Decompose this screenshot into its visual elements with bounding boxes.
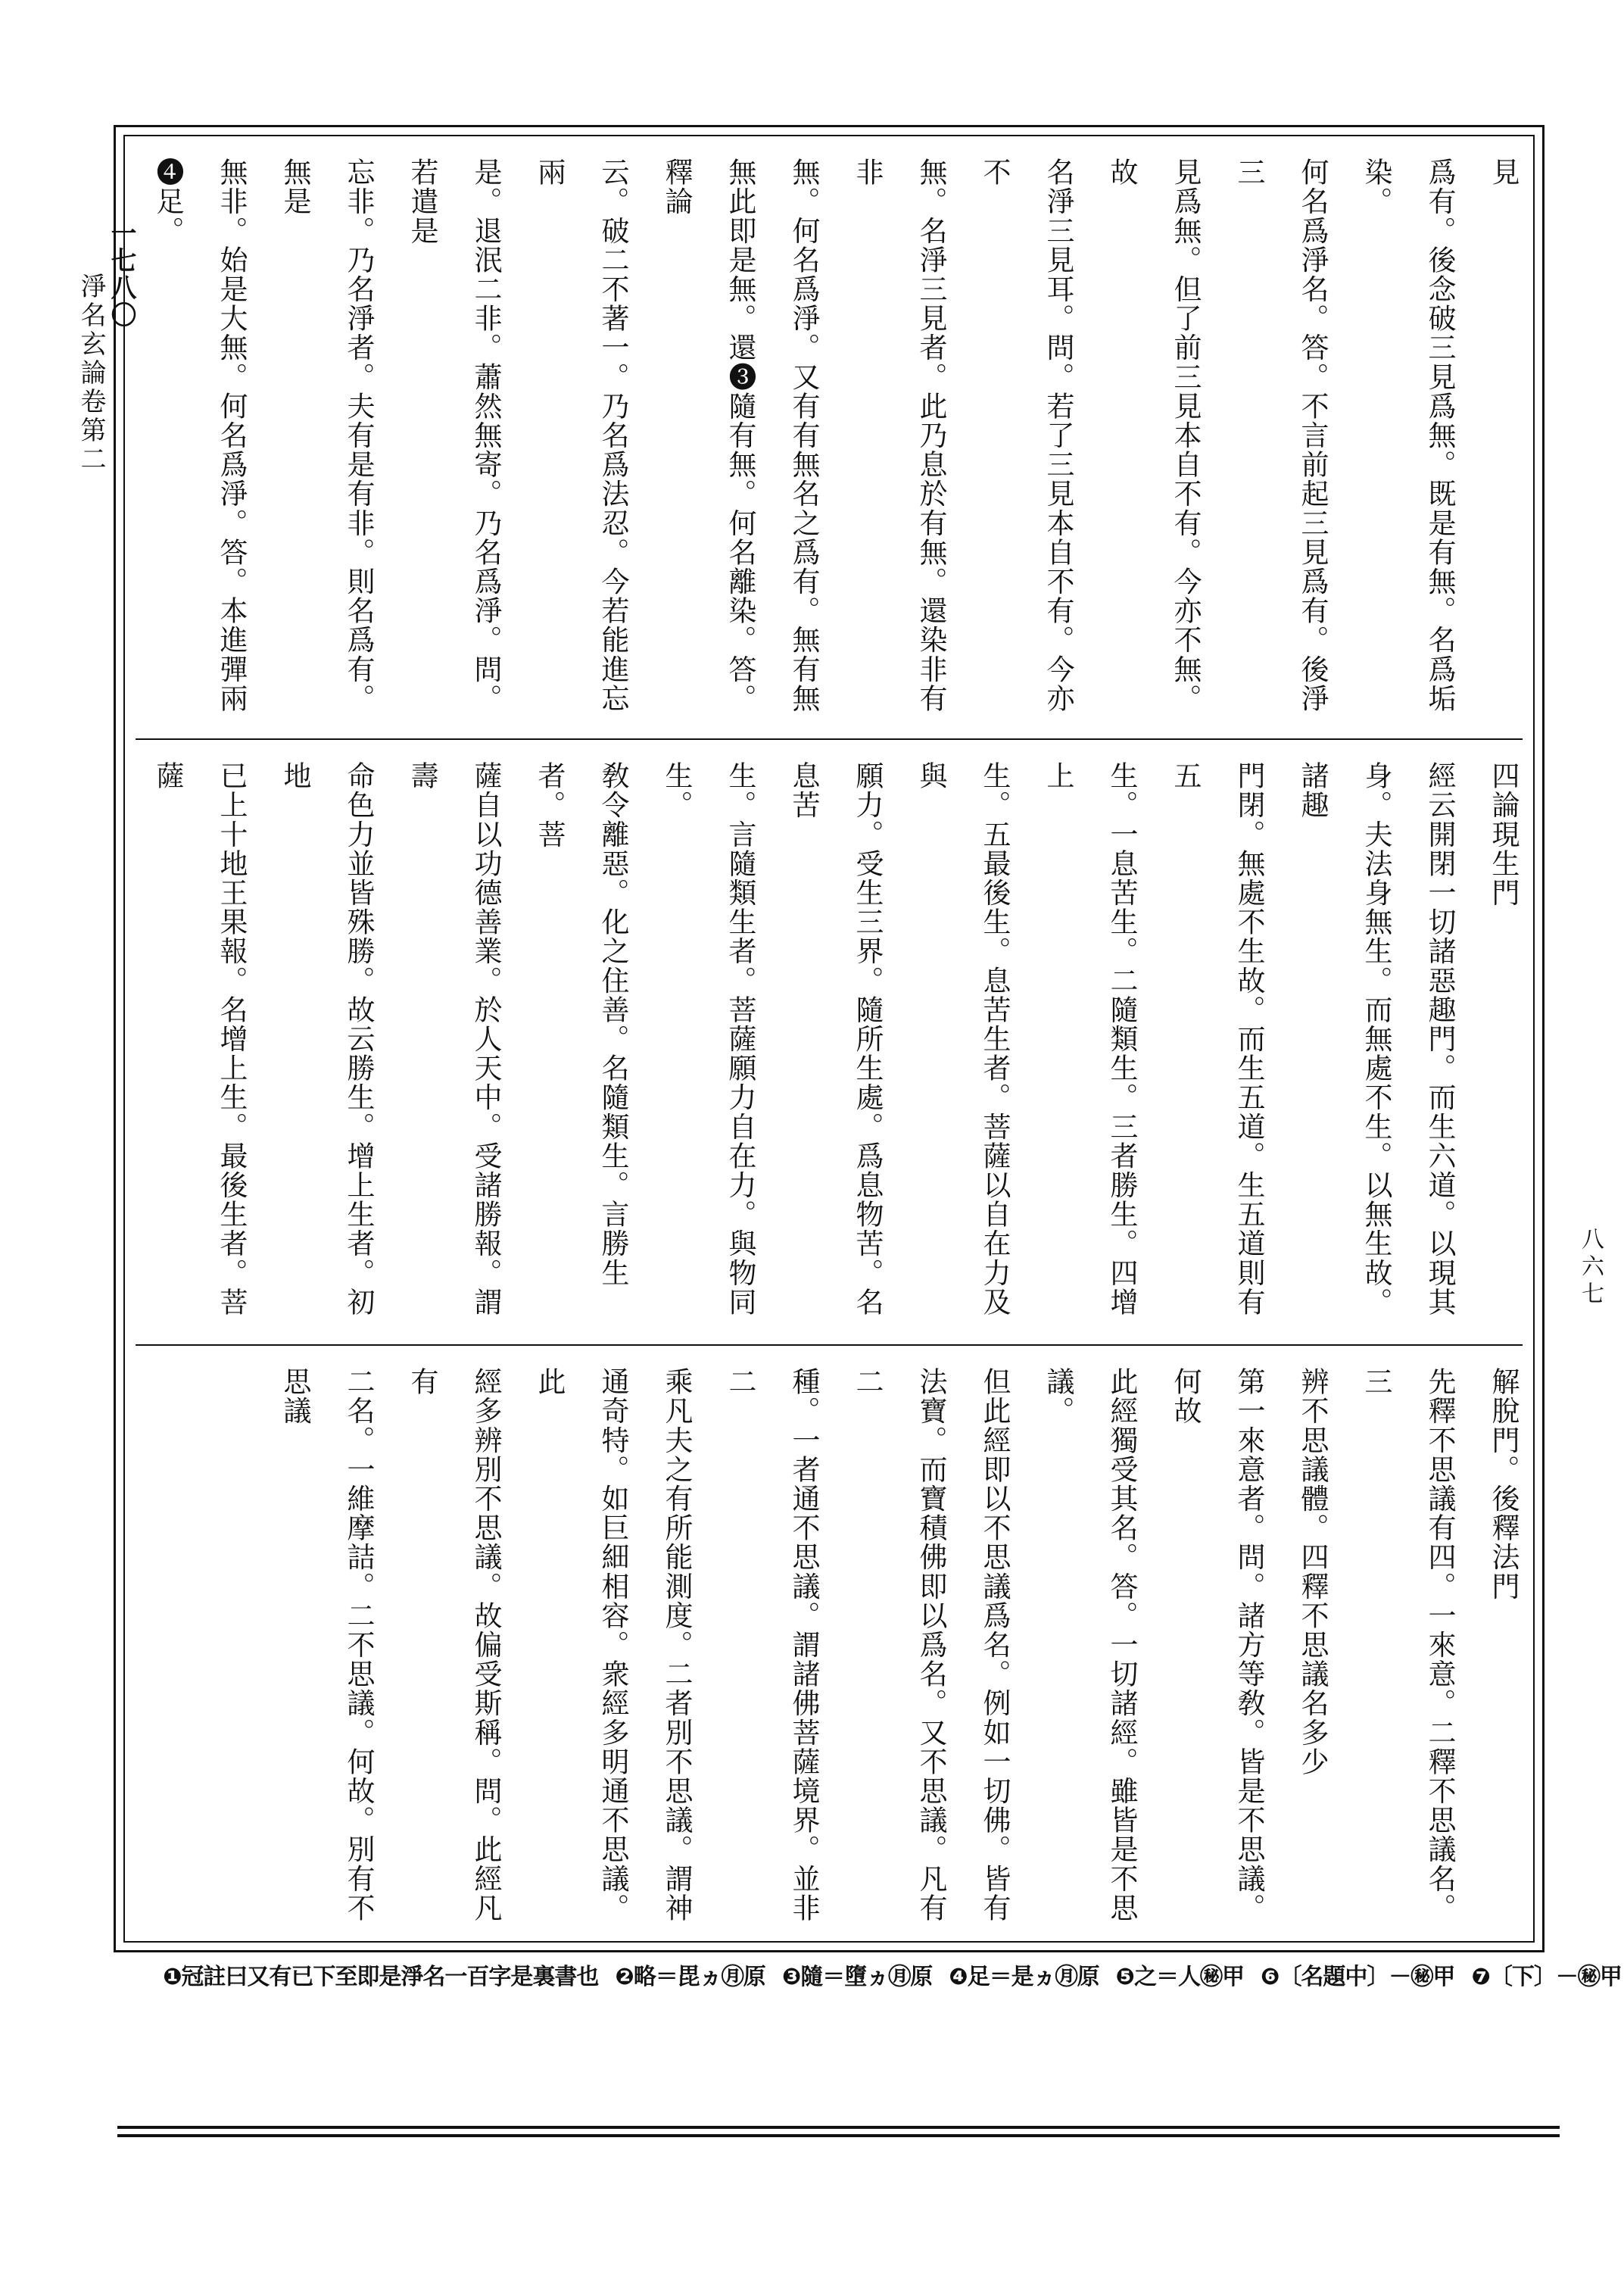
- bottom-rule: [117, 2134, 1560, 2137]
- footnote-text: 〔名題中〕－㊙甲: [1279, 1964, 1454, 1990]
- text-columns: 退息二非。冀玄悟之賓。蕭然無寄。今遂循環名數。隨逐想心。則取悟無由。若內息情想。…: [136, 761, 1523, 1329]
- text-column: 但此經即以不思議爲名。例如一切佛。皆有: [962, 1367, 1026, 1939]
- running-title: 淨名玄論卷第二: [76, 273, 106, 474]
- text-column: 先釋不思議有四。一來意。二釋不思議名。三: [1344, 1367, 1471, 1939]
- text-column: 生。五最後生。息苦生者。菩薩以自在力及與: [899, 761, 1026, 1329]
- text-column: 解脫門。後釋法門: [1471, 1367, 1523, 1939]
- footnote-mark: ❶: [163, 1964, 181, 1990]
- text-column: 第一來意者。問。諸方等敎。皆是不思議。何故: [1153, 1367, 1280, 1939]
- footnote-mark: ❼: [1471, 1964, 1489, 1990]
- text-column: 身。夫法身無生。而無處不生。以無生故。諸趣: [1280, 761, 1407, 1329]
- text-column: 此經獨受其名。答。一切諸經。雖皆是不思議。: [1026, 1367, 1153, 1939]
- footnote: ❹足＝是ヵ㊊原: [949, 1964, 1099, 1990]
- page-frame: 異耳。❶又有所得人。皆言凡夫處四生之內。淨名昇六道之外。但凡夫感於淨名。淨名應入…: [114, 125, 1545, 1952]
- text-column: 無。名淨三見者。此乃息於有無。還染非有非: [835, 158, 962, 714]
- footnote-text: 〔下〕－㊙甲: [1490, 1964, 1622, 1990]
- text-column: 忘非。乃名淨者。夫有是有非。則名爲有。無是: [263, 158, 390, 714]
- text-column: 無非。始是大無。何名爲淨。答。本進彈兩❹足。: [136, 158, 263, 714]
- text-column: 已上十地王果報。名增上生。最後生者。菩薩: [136, 761, 263, 1329]
- footnote-text: 之＝人㊙甲: [1134, 1964, 1244, 1990]
- footnote: ❸隨＝墮ヵ㊊原: [782, 1964, 932, 1990]
- text-columns: 學位已窮。受生刹利婆羅門家。得無上道。作一切佛事。名最後生。問。淨名五生之中。何…: [136, 1367, 1523, 1939]
- text-column: 名淨三見耳。問。若了三見本自不有。今亦不: [962, 158, 1089, 714]
- footnote: ❻〔名題中〕－㊙甲: [1261, 1964, 1454, 1990]
- footnotes: ❶冠註曰又有已下至即是淨名一百字是裏書也❷略＝毘ヵ㊊原❸隨＝墮ヵ㊊原❹足＝是ヵ㊊…: [163, 1958, 1624, 1991]
- text-column: 爲見。則淨名亦是見。所以然者。前心起三見: [1471, 158, 1523, 714]
- text-column: 命色力並皆殊勝。故云勝生。增上生者。初地: [263, 761, 390, 1329]
- text-column: 無。何名爲淨。又有有無名之爲有。無有無: [771, 158, 835, 714]
- text-column: 生。一息苦生。二隨類生。三者勝生。四增上: [1026, 761, 1153, 1329]
- text-column: 何名爲淨名。答。不言前起三見爲有。後淨三: [1217, 158, 1344, 714]
- text-column: 辨不思議體。四釋不思議名多少: [1280, 1367, 1344, 1939]
- text-column: 願力。受生三界。隨所生處。爲息物苦。名息苦: [771, 761, 899, 1329]
- inner-frame: 異耳。❶又有所得人。皆言凡夫處四生之內。淨名昇六道之外。但凡夫感於淨名。淨名應入…: [123, 135, 1535, 1943]
- text-column: 經云開閉一切諸惡趣門。而生六道。以現其: [1407, 761, 1471, 1329]
- footnote-text: 略＝毘ヵ㊊原: [634, 1964, 765, 1990]
- footnote-mark: ❹: [949, 1964, 967, 1990]
- text-column: 門閉。無處不生故。而生五道。生五道則有五: [1153, 761, 1280, 1329]
- footnote-text: 冠註曰又有已下至即是淨名一百字是裏書也: [181, 1964, 598, 1990]
- text-column: 爲有。後念破三見爲無。既是有無。名爲垢染。: [1344, 158, 1471, 714]
- footnote-text: 隨＝墮ヵ㊊原: [800, 1964, 932, 1990]
- footnote: ❼〔下〕－㊙甲: [1471, 1964, 1621, 1990]
- text-column: 法寶。而寶積佛即以爲名。又不思議。凡有二: [835, 1367, 962, 1939]
- footnote: ❷略＝毘ヵ㊊原: [615, 1964, 765, 1990]
- text-column: 是。退泯二非。蕭然無寄。乃名爲淨。問。若遣是: [390, 158, 517, 714]
- footnote-mark: ❸: [782, 1964, 800, 1990]
- footnote-text: 足＝是ヵ㊊原: [968, 1964, 1099, 1990]
- text-column: 二名。一維摩詰。二不思議。何故。別有不思議: [263, 1367, 390, 1939]
- footnote-mark: ❻: [1261, 1964, 1279, 1990]
- register-top: 異耳。❶又有所得人。皆言凡夫處四生之內。淨名昇六道之外。但凡夫感於淨名。淨名應入…: [136, 158, 1523, 714]
- footnote-mark: ❺: [1116, 1964, 1134, 1990]
- text-column: 云。破二不著一。乃名爲法忍。今若能進忘兩: [517, 158, 644, 714]
- text-column: 四論現生門: [1471, 761, 1523, 1329]
- footnote: ❶冠註曰又有已下至即是淨名一百字是裏書也: [163, 1964, 598, 1990]
- text-column: 見爲無。但了前三見本自不有。今亦不無。故: [1089, 158, 1217, 714]
- footnote: ❺之＝人㊙甲: [1116, 1964, 1244, 1990]
- text-column: 生。言隨類生者。菩薩願力自在力。與物同生。: [644, 761, 771, 1329]
- text-column: 經多辨別不思議。故偏受斯稱。問。此經凡有: [390, 1367, 517, 1939]
- text-column: 種。一者通不思議。謂諸佛菩薩境界。並非二: [708, 1367, 835, 1939]
- text-column: 薩自以功德善業。於人天中。受諸勝報。謂壽: [390, 761, 517, 1329]
- bottom-rule: [117, 2126, 1560, 2129]
- text-column: 無此即是無。還❸隨有無。何名離染。答。釋論: [644, 158, 771, 714]
- page-number-right: 八六七: [1573, 1227, 1607, 1309]
- text-column: 乘凡夫之有所能測度。二者別不思議。謂神: [644, 1367, 708, 1939]
- footnote-mark: ❷: [615, 1964, 633, 1990]
- text-column: 通奇特。如巨細相容。衆經多明通不思議。此: [517, 1367, 644, 1939]
- register-bottom: 學位已窮。受生刹利婆羅門家。得無上道。作一切佛事。名最後生。問。淨名五生之中。何…: [136, 1344, 1523, 1939]
- text-columns: 異耳。❶又有所得人。皆言凡夫處四生之內。淨名昇六道之外。但凡夫感於淨名。淨名應入…: [136, 158, 1523, 714]
- register-middle: 退息二非。冀玄悟之賓。蕭然無寄。今遂循環名數。隨逐想心。則取悟無由。若內息情想。…: [136, 738, 1523, 1329]
- text-column: 敎令離惡。化之住善。名隨類生。言勝生者。菩: [517, 761, 644, 1329]
